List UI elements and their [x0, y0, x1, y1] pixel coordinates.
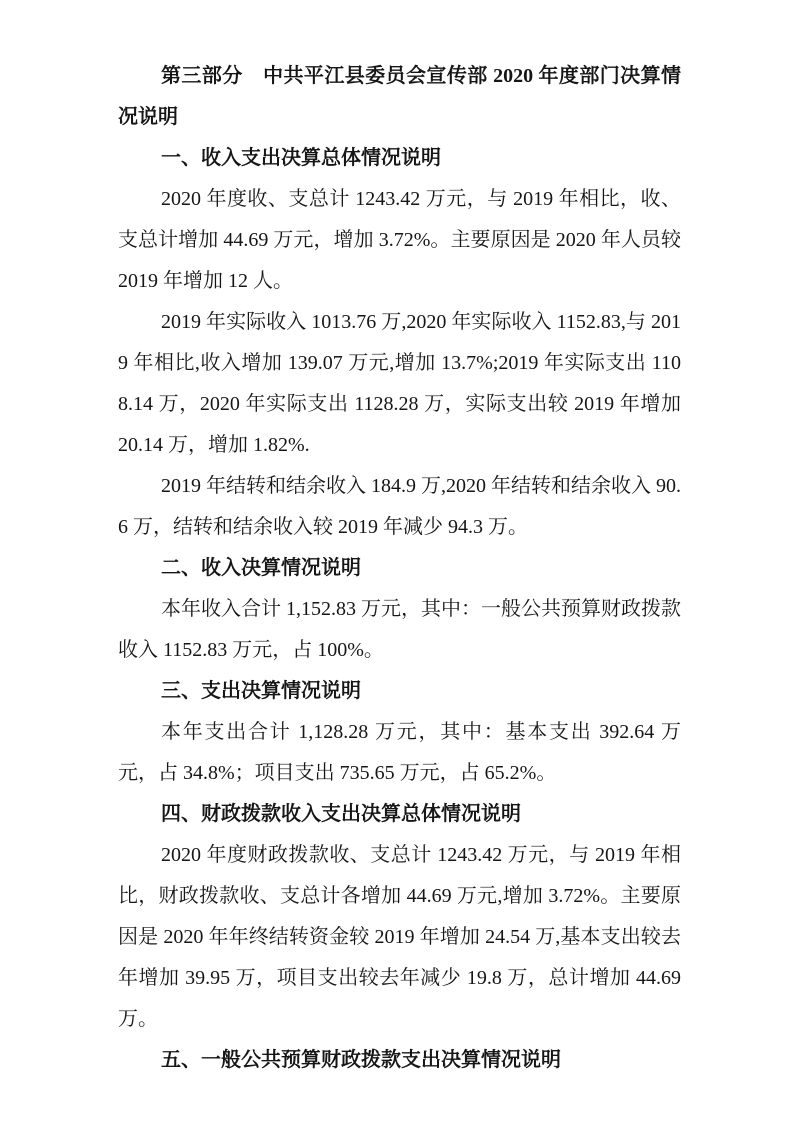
document-page: 第三部分 中共平江县委员会宣传部 2020 年度部门决算情况说明 一、收入支出决…: [0, 0, 793, 1122]
section-1-heading: 一、收入支出决算总体情况说明: [118, 138, 681, 179]
section-1-paragraph-1: 2020 年度收、支总计 1243.42 万元，与 2019 年相比，收、支总计…: [118, 179, 681, 302]
section-4-paragraph-1: 2020 年度财政拨款收、支总计 1243.42 万元，与 2019 年相比，财…: [118, 835, 681, 1040]
section-1-paragraph-2: 2019 年实际收入 1013.76 万,2020 年实际收入 1152.83,…: [118, 302, 681, 466]
section-2-heading: 二、收入决算情况说明: [118, 548, 681, 589]
section-3-paragraph-1: 本年支出合计 1,128.28 万元，其中：基本支出 392.64 万元，占 3…: [118, 712, 681, 794]
section-4-heading: 四、财政拨款收入支出决算总体情况说明: [118, 794, 681, 835]
section-5-heading: 五、一般公共预算财政拨款支出决算情况说明: [118, 1040, 681, 1081]
document-title: 第三部分 中共平江县委员会宣传部 2020 年度部门决算情况说明: [118, 56, 681, 138]
section-3-heading: 三、支出决算情况说明: [118, 671, 681, 712]
document-content: 第三部分 中共平江县委员会宣传部 2020 年度部门决算情况说明 一、收入支出决…: [0, 0, 793, 1081]
section-2-paragraph-1: 本年收入合计 1,152.83 万元，其中：一般公共预算财政拨款收入 1152.…: [118, 589, 681, 671]
section-1-paragraph-3: 2019 年结转和结余收入 184.9 万,2020 年结转和结余收入 90.6…: [118, 466, 681, 548]
